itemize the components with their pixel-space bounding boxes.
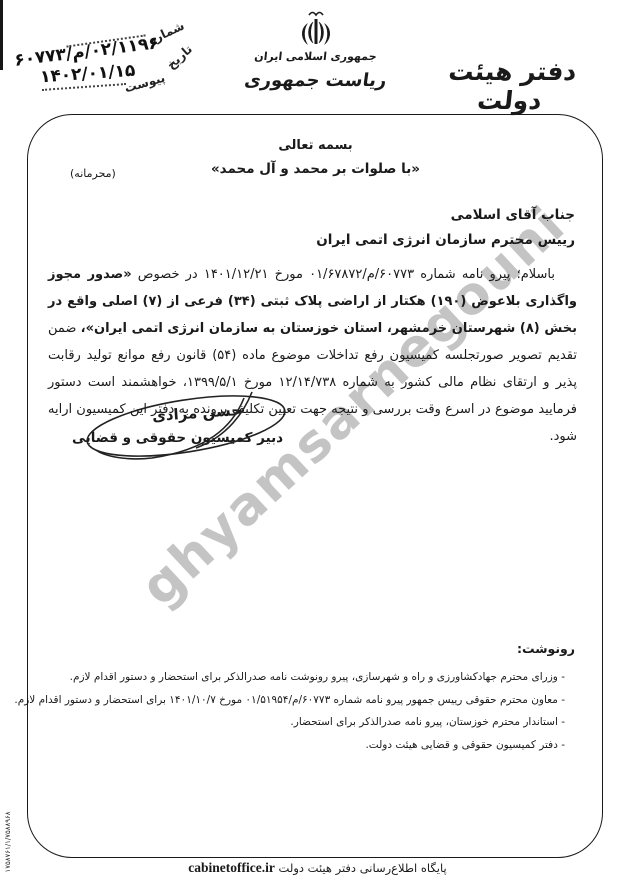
cc-item: - استاندار محترم خوزستان، پیرو نامه صدرا…: [45, 711, 565, 734]
scanned-letter-page: ۱۷۵۸۷۶۱/۱/۷۵۸۸۹۶۸ ghyamsarnegouni جمهوری…: [0, 0, 631, 887]
besmeleh-line: بسمه تعالی: [0, 138, 631, 153]
cc-heading: رونوشت:: [517, 641, 575, 656]
recipient-title: رییس محترم سازمان انرژی اتمی ایران: [316, 232, 575, 248]
cc-list: - وزرای محترم جهادکشاورزی و راه و شهرساز…: [45, 666, 565, 756]
confidential-tag: (محرمانه): [70, 167, 116, 180]
footer-site-url: cabinetoffice.ir: [188, 860, 275, 875]
cc-item: - دفتر کمیسیون حقوقی و قضایی هیئت دولت.: [45, 734, 565, 757]
footer-site-label: پایگاه اطلاع‌رسانی دفتر هیئت دولت: [279, 861, 447, 875]
signature-scribble-icon: [56, 388, 318, 482]
cc-item: - وزرای محترم جهادکشاورزی و راه و شهرساز…: [45, 666, 565, 689]
footer-line: پایگاه اطلاع‌رسانی دفتر هیئت دولت cabine…: [0, 860, 631, 876]
cabinet-office-title: دفتر هیئت دولت: [418, 57, 604, 115]
body-intro: باسلام؛ پیرو نامه شماره ۶۰۷۷۳/م/۰۱/۶۷۸۷۲…: [132, 267, 555, 282]
cc-item: - معاون محترم حقوقی رییس جمهور پیرو نامه…: [45, 689, 565, 712]
recipient-name: جناب آقای اسلامی: [451, 207, 575, 223]
iran-emblem-icon: [296, 9, 336, 51]
